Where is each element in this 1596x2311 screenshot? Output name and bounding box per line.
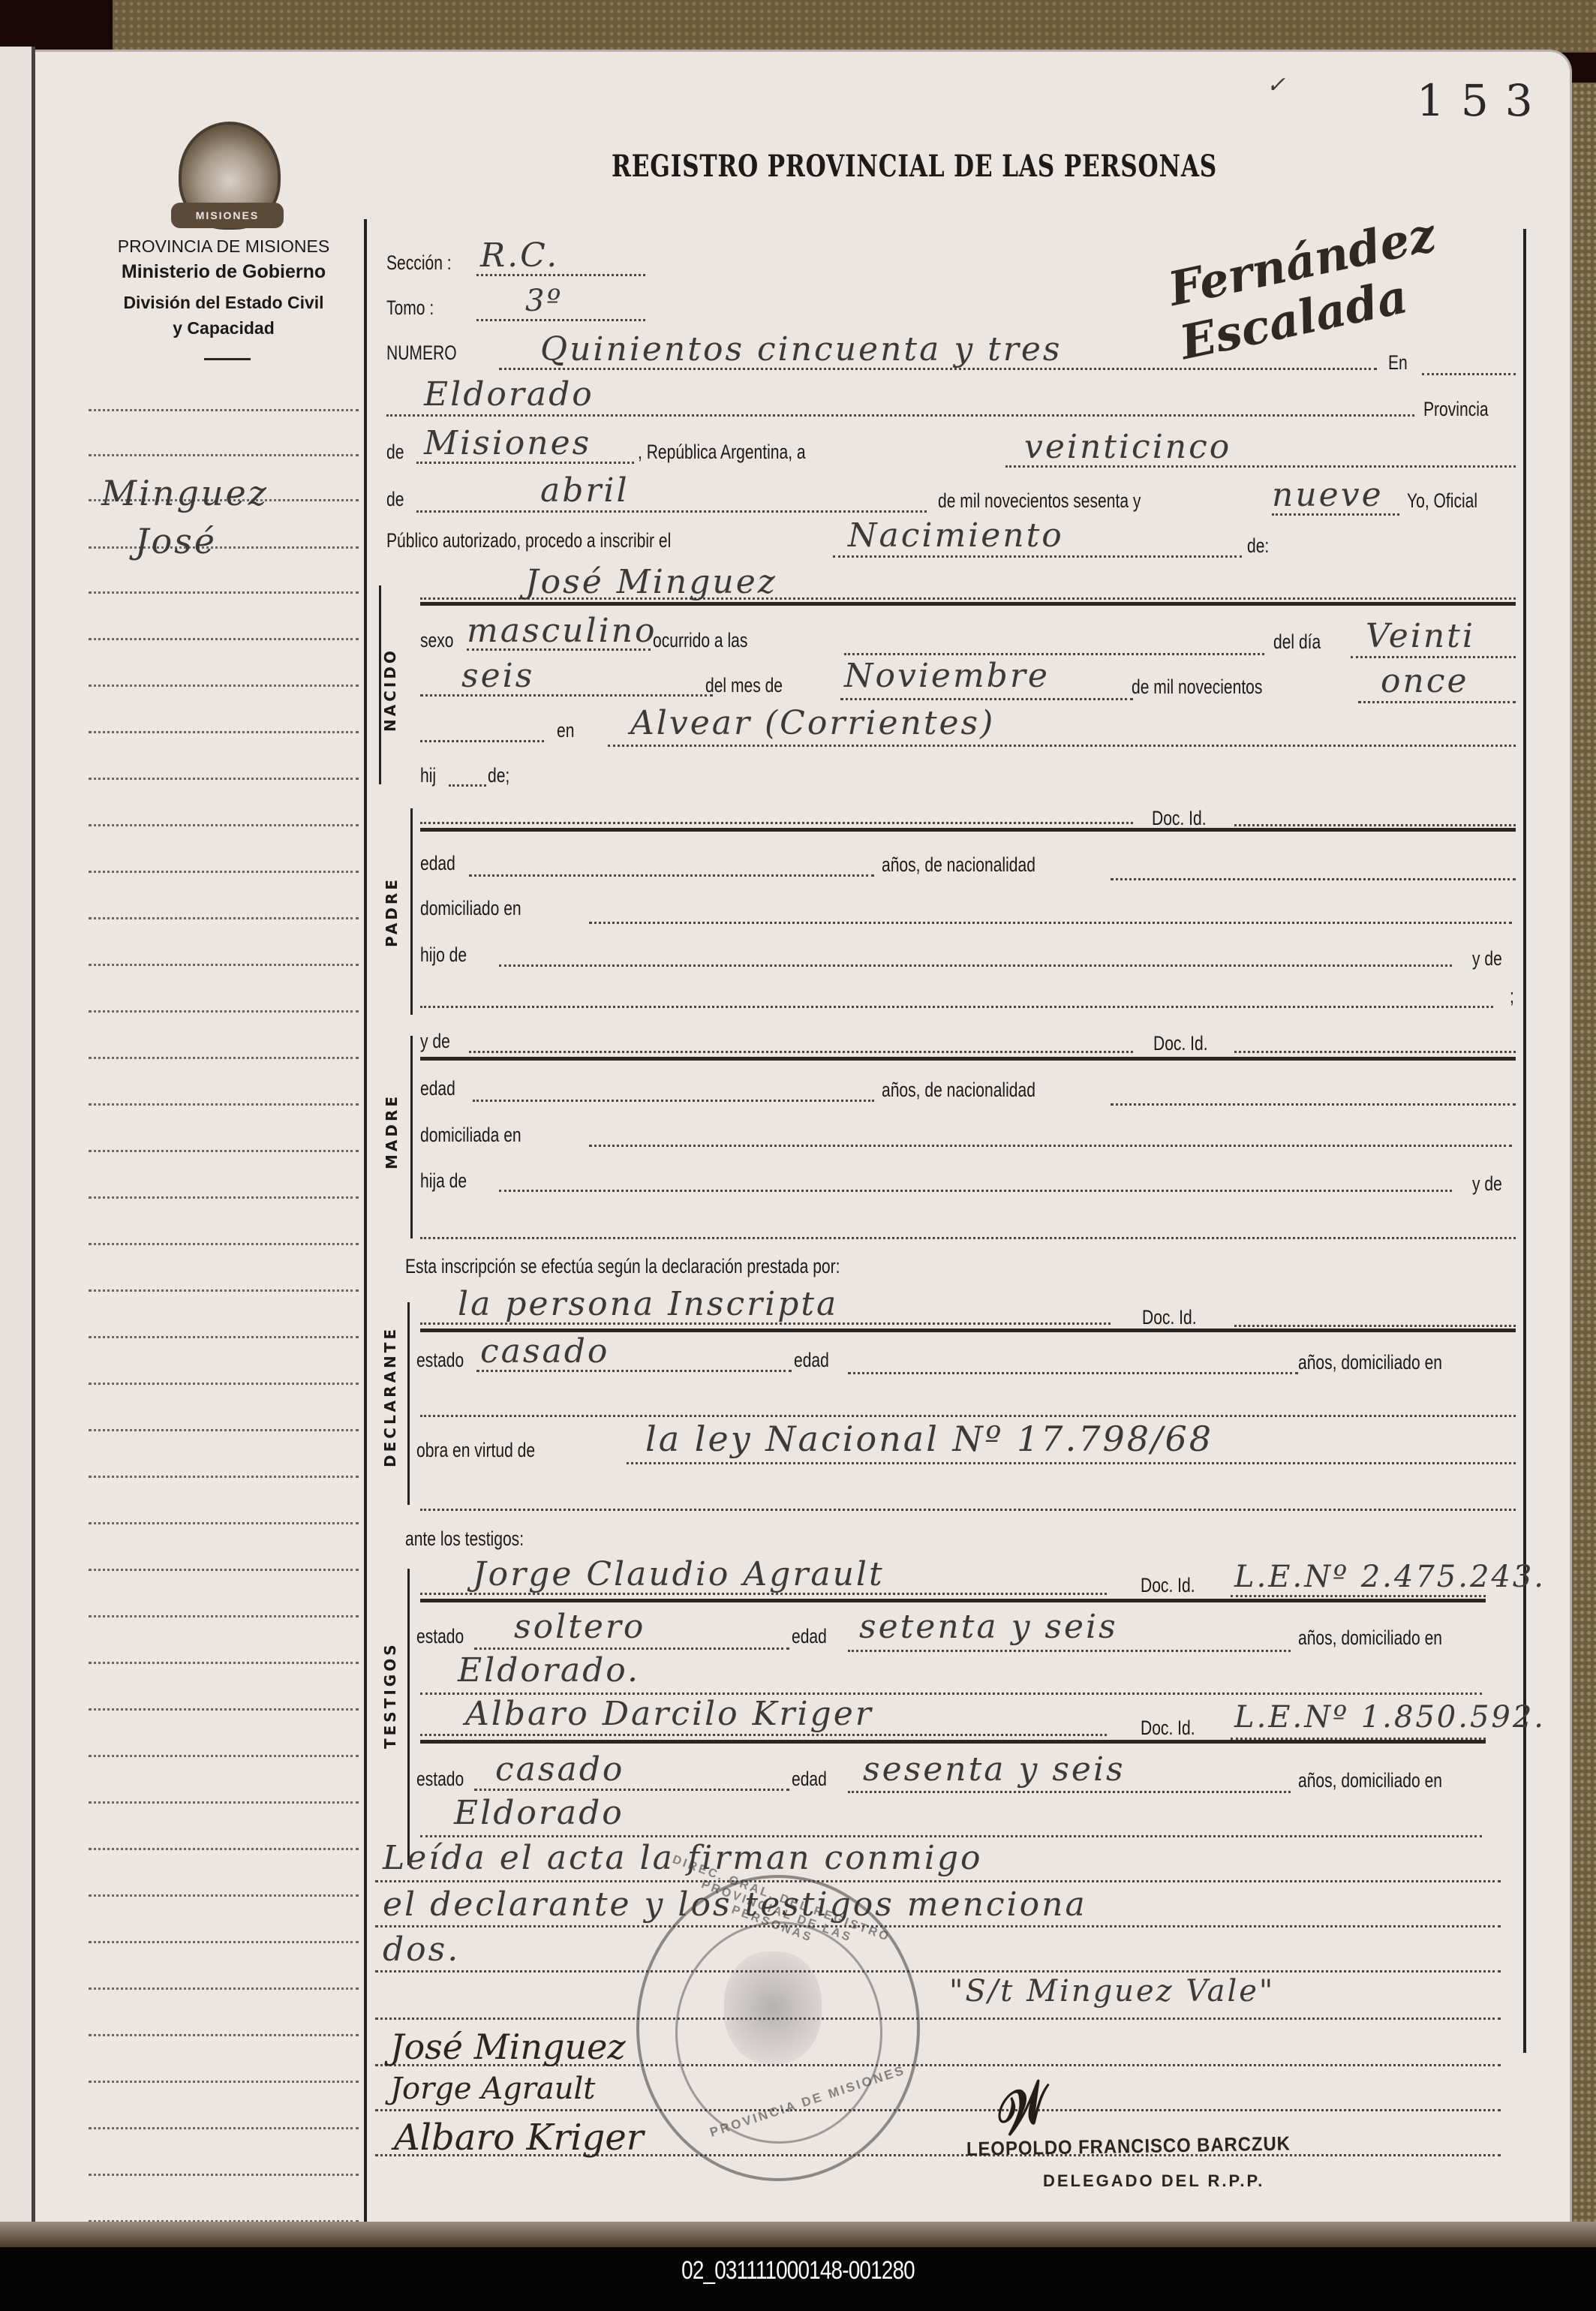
padre-edad-label: edad [420, 852, 455, 875]
en-label: En [1388, 351, 1408, 375]
day-field-line-1 [1351, 656, 1516, 658]
witness-1-edad-label: edad [792, 1625, 827, 1648]
stamp-portrait-icon [724, 1951, 822, 2064]
declarante-doc-label: Doc. Id. [1142, 1306, 1197, 1329]
padre-semicolon: ; [1510, 985, 1514, 1008]
image-caption: 02_031111000148-001280 [143, 2256, 1452, 2285]
padre-y-de-label: y de [1472, 947, 1502, 970]
margin-line [89, 591, 359, 594]
witness-2-doc-line [1231, 1738, 1486, 1740]
padre-name-rule [420, 828, 1516, 832]
de-month-label: de [386, 488, 404, 511]
padre-doc-label: Doc. Id. [1152, 807, 1207, 830]
closing-line-1 [375, 1880, 1501, 1882]
de-label: de [386, 441, 404, 464]
madre-doc-label: Doc. Id. [1153, 1032, 1208, 1055]
testigos-bracket [407, 1569, 410, 1865]
obra-value[interactable]: la ley Nacional Nº 17.798/68 [645, 1419, 1213, 1459]
padre-domicilio-line [589, 922, 1512, 924]
closing-line-2 [375, 1925, 1501, 1927]
madre-name-rule [420, 1057, 1516, 1061]
padre-bracket [410, 808, 413, 1015]
margin-line [89, 2127, 359, 2129]
hij-label: hij [420, 764, 436, 787]
nacido-day-value-2[interactable]: seis [461, 657, 534, 695]
nacido-name-value[interactable]: José Minguez [525, 563, 777, 601]
margin-note-firstname: José [135, 521, 217, 561]
declarante-intro: Esta inscripción se efectúa según la dec… [405, 1255, 840, 1278]
closing-note: "S/t Minguez Vale" [949, 1974, 1275, 2009]
margin-line [89, 2174, 359, 2176]
witness-1-estado[interactable]: soltero [514, 1608, 645, 1646]
act-type-field-line [833, 555, 1242, 558]
oficial-label: Yo, Oficial [1407, 489, 1477, 513]
header-rule [204, 358, 251, 360]
margin-line [89, 546, 359, 549]
padre-edad-line [469, 874, 874, 877]
witness-2-name-rule [420, 1740, 1486, 1744]
madre-edad-label: edad [420, 1077, 455, 1100]
witness-2-estado[interactable]: casado [495, 1750, 624, 1789]
madre-bracket [410, 1036, 413, 1238]
sexo-value[interactable]: masculino [467, 612, 657, 650]
hij-de-label: de; [488, 764, 509, 787]
margin-line [89, 917, 359, 919]
witness-2-edad-label: edad [792, 1768, 827, 1791]
witness-1-name[interactable]: Jorge Claudio Agrault [473, 1555, 885, 1593]
margin-line [89, 1988, 359, 1990]
act-type-value[interactable]: Nacimiento [848, 516, 1064, 555]
numero-value[interactable]: Quinientos cincuenta y tres [540, 330, 1062, 369]
check-mark: ✓ [1267, 72, 1288, 98]
nacido-place-value[interactable]: Alvear (Corrientes) [630, 704, 995, 742]
declarante-doc-line [1234, 1325, 1516, 1327]
declarante-domicilio-line [420, 1415, 1516, 1417]
declarante-bracket [407, 1302, 410, 1505]
closing-line-4 [375, 2018, 1501, 2020]
witness-2-estado-line [474, 1789, 789, 1791]
book-binding-top [113, 0, 1596, 53]
margin-line [89, 1336, 359, 1338]
margin-line [89, 871, 359, 873]
declarante-domicilio-label: años, domiciliado en [1298, 1351, 1442, 1374]
nacido-en-label: en [557, 719, 574, 742]
de-colon-label: de: [1247, 534, 1269, 558]
witness-2-doc[interactable]: L.E.Nº 1.850.592. [1234, 1700, 1546, 1735]
margin-line [89, 1289, 359, 1292]
del-dia-label: del día [1273, 630, 1321, 654]
nacido-year-label: de mil novecientos [1132, 676, 1262, 699]
madre-section-label: MADRE [383, 1094, 401, 1169]
margin-line [89, 2034, 359, 2036]
padre-hijo-de-line [499, 964, 1452, 967]
capacity-name: y Capacidad [89, 318, 359, 339]
margin-line [89, 1522, 359, 1524]
declarante-name-value[interactable]: la persona Inscripta [458, 1285, 838, 1323]
margin-line [89, 1941, 359, 1943]
margin-line [89, 1150, 359, 1152]
tomo-field-line [476, 319, 645, 321]
declarante-estado-label: estado [416, 1349, 464, 1372]
margin-line [89, 1010, 359, 1013]
witness-1-doc-line [1231, 1595, 1486, 1597]
ocurrido-label: ocurrido a las [653, 629, 747, 652]
mes-field-line [840, 698, 1133, 700]
witness-1-doc[interactable]: L.E.Nº 2.475.243. [1234, 1560, 1546, 1594]
division-name: División del Estado Civil [89, 293, 359, 313]
year-value[interactable]: nueve [1272, 476, 1384, 514]
folio-number: 153 [1417, 75, 1549, 126]
witness-2-domicilio[interactable]: Eldorado [454, 1794, 624, 1832]
margin-line [89, 1057, 359, 1059]
place-field-line [608, 745, 1516, 747]
madre-domicilio-line [589, 1145, 1512, 1147]
witness-1-estado-label: estado [416, 1625, 464, 1648]
madre-hija-de-label: hija de [420, 1169, 467, 1193]
witness-1-estado-line [474, 1647, 789, 1650]
madre-domicilio-label: domiciliada en [420, 1124, 521, 1147]
obra-field-line [627, 1462, 1516, 1464]
hij-suffix-line [449, 784, 486, 787]
witness-2-estado-label: estado [416, 1768, 464, 1791]
margin-line [89, 964, 359, 966]
padre-domicilio-label: domiciliado en [420, 897, 521, 920]
margin-line [89, 1708, 359, 1711]
witness-2-name-line [420, 1734, 1107, 1736]
witness-1-edad[interactable]: setenta y seis [859, 1608, 1118, 1646]
margin-line [89, 685, 359, 687]
sexo-label: sexo [420, 629, 453, 652]
margin-line [89, 731, 359, 733]
nacido-year-field-line [1358, 701, 1516, 703]
margin-line [89, 1569, 359, 1571]
margin-line [89, 778, 359, 780]
madre-hija-de-line [499, 1190, 1452, 1192]
signature-line-2 [375, 2109, 1501, 2111]
padre-nacionalidad-label: años, de nacionalidad [882, 853, 1035, 877]
nacido-section-label: NACIDO [381, 648, 399, 732]
locality-value[interactable]: Eldorado [424, 375, 594, 414]
tomo-label: Tomo : [386, 296, 434, 320]
tomo-value[interactable]: 3º [525, 284, 563, 318]
madre-nacionalidad-line [1111, 1103, 1516, 1106]
closing-line-3 [375, 1970, 1501, 1972]
margin-line [89, 1615, 359, 1617]
padre-hijo-de-label: hijo de [420, 943, 467, 967]
publico-label: Público autorizado, procedo a inscribir … [386, 529, 671, 552]
seccion-label: Sección : [386, 251, 452, 275]
right-column-rule [1523, 229, 1526, 2053]
margin-note-surname: Minguez [101, 473, 269, 513]
margin-line [89, 1103, 359, 1106]
mes-label: del mes de [705, 674, 783, 697]
en-prefix-line [420, 740, 544, 742]
witness-2-doc-label: Doc. Id. [1141, 1717, 1195, 1740]
witness-2-domicilio-line [420, 1835, 1482, 1837]
signature-declarante: José Minguez [390, 2027, 626, 2067]
nacido-name-rule [420, 602, 1516, 606]
witness-2-edad-line [848, 1791, 1291, 1793]
nacido-day-value-1[interactable]: Veinti [1366, 617, 1475, 655]
obra-label: obra en virtud de [416, 1439, 535, 1462]
witness-2-name[interactable]: Albaro Darcilo Kriger [465, 1695, 873, 1733]
margin-line [89, 2081, 359, 2083]
officer-title: DELEGADO DEL R.P.P. [1043, 2171, 1264, 2191]
signature-witness-2: Albaro Kriger [394, 2117, 644, 2159]
declarante-section-label: DECLARANTE [381, 1326, 399, 1467]
obra-continuation-line [420, 1509, 1516, 1511]
madre-nacionalidad-label: años, de nacionalidad [882, 1079, 1035, 1102]
madre-edad-line [473, 1100, 874, 1102]
declarante-estado-value[interactable]: casado [480, 1332, 609, 1371]
margin-line [89, 1383, 359, 1385]
province-value[interactable]: Misiones [424, 424, 591, 462]
margin-line [89, 1848, 359, 1850]
madre-y-de-label: y de [420, 1030, 450, 1053]
previous-page-edge [0, 47, 35, 2253]
madre-y-de-label-2: y de [1472, 1172, 1502, 1196]
padre-name-line [420, 822, 1133, 824]
margin-line [89, 1662, 359, 1664]
padre-y-de-line [420, 1006, 1493, 1008]
provincia-label: Provincia [1423, 398, 1489, 421]
margin-line [89, 1476, 359, 1478]
month-value[interactable]: abril [540, 471, 630, 510]
padre-nacionalidad-line [1111, 878, 1516, 880]
month-field-line [416, 510, 927, 513]
ocurrido-field-line [844, 653, 1264, 655]
ministry-name: Ministerio de Gobierno [84, 261, 363, 283]
madre-doc-line [1234, 1051, 1516, 1053]
testigos-intro: ante los testigos: [405, 1527, 524, 1551]
declarante-edad-line [848, 1372, 1298, 1374]
madre-y-de-line [420, 1237, 1516, 1239]
declarante-edad-label: edad [794, 1349, 829, 1372]
numero-label: NUMERO [386, 342, 457, 365]
testigos-section-label: TESTIGOS [381, 1641, 399, 1749]
locality-field-line [386, 414, 1414, 417]
margin-line [89, 1755, 359, 1757]
closing-text-3: dos. [383, 1930, 460, 1969]
padre-section-label: PADRE [383, 877, 401, 947]
margin-line [89, 1801, 359, 1804]
year-label: de mil novecientos sesenta y [938, 489, 1141, 513]
day-value[interactable]: veinticinco [1024, 428, 1231, 466]
witness-2-edad[interactable]: sesenta y seis [863, 1750, 1126, 1789]
margin-line [89, 824, 359, 826]
witness-2-domicilio-label: años, domiciliado en [1298, 1769, 1442, 1792]
margin-line [89, 638, 359, 640]
witness-1-name-rule [420, 1599, 1486, 1602]
madre-name-line [469, 1051, 1133, 1053]
margin-line [89, 1429, 359, 1431]
republica-label: , República Argentina, a [638, 441, 806, 464]
book-bottom-edge [0, 2222, 1596, 2247]
crest-band: MISIONES [171, 203, 284, 228]
margin-line [89, 454, 359, 456]
margin-line [89, 1196, 359, 1199]
signature-witness-1: Jorge Agrault [390, 2072, 595, 2106]
witness-1-domicilio-label: años, domiciliado en [1298, 1626, 1442, 1650]
province-name: PROVINCIA DE MISIONES [89, 236, 359, 257]
margin-line [89, 409, 359, 411]
padre-doc-line [1234, 824, 1516, 826]
margin-line [89, 1243, 359, 1245]
en-field-line [1422, 373, 1516, 375]
left-column-rule [364, 219, 367, 2276]
margin-line [89, 1894, 359, 1897]
witness-1-doc-label: Doc. Id. [1141, 1574, 1195, 1597]
nacido-month-value[interactable]: Noviembre [844, 657, 1050, 695]
witness-1-edad-line [848, 1650, 1291, 1652]
nacido-year-value[interactable]: once [1381, 662, 1469, 700]
book-binding-right [1572, 83, 1596, 2229]
page-title: REGISTRO PROVINCIAL DE LAS PERSONAS [612, 149, 1217, 184]
seccion-value[interactable]: R.C. [480, 236, 559, 275]
witness-1-domicilio[interactable]: Eldorado. [458, 1651, 640, 1690]
